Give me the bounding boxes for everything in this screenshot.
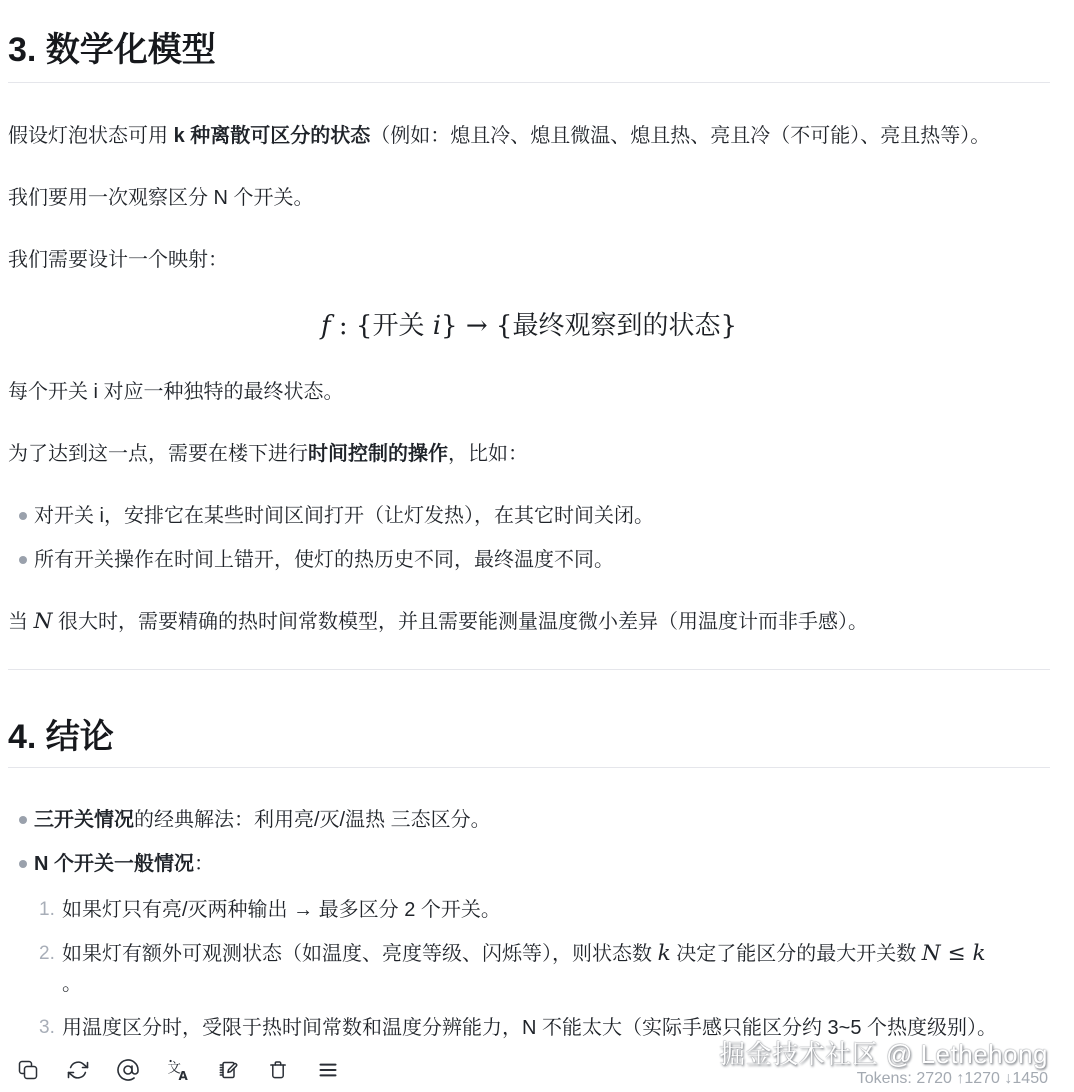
ordered-item: 2.如果灯有额外可观测状态（如温度、亮度等级、闪烁等），则状态数 k 决定了能区… xyxy=(34,939,1050,999)
paragraph-mapping-intro: 我们需要设计一个映射： xyxy=(8,245,1050,275)
ordered-item: 3.用温度区分时，受限于热时间常数和温度分辨能力，N 不能太大（实际手感只能区分… xyxy=(34,1013,1050,1043)
bullet-dot-icon xyxy=(19,556,27,564)
ordered-item-text: 。 xyxy=(62,973,82,995)
bold-text: 三开关情况 xyxy=(34,809,134,831)
math-leq: ≤ xyxy=(941,941,973,966)
math-colon: : xyxy=(331,311,356,341)
bullet-item: 三开关情况的经典解法：利用亮/灭/温热 三态区分。 xyxy=(8,805,1050,835)
bold-text: 时间控制的操作 xyxy=(308,443,448,465)
paragraph-text: （例如：熄且冷、熄且微温、熄且热、亮且冷（不可能）、亮且热等）。 xyxy=(370,125,990,147)
math-set-open: {开关 xyxy=(356,311,433,341)
ordered-item-number: 1. xyxy=(39,895,61,925)
ordered-item-text: 如果灯只有亮/灭两种输出 → 最多区分 2 个开关。 xyxy=(62,899,501,921)
bold-text: N 个开关一般情况 xyxy=(34,853,194,875)
paragraph-unique-state: 每个开关 i 对应一种独特的最终状态。 xyxy=(8,377,1050,407)
svg-text:A: A xyxy=(179,1069,189,1082)
bullet-dot-icon xyxy=(19,512,27,520)
bullet-text: 所有开关操作在时间上错开，使灯的热历史不同，最终温度不同。 xyxy=(34,549,614,571)
ordered-item-text: 如果灯有额外可观测状态（如温度、亮度等级、闪烁等），则状态数 xyxy=(62,943,658,965)
bullet-text: ： xyxy=(194,853,214,875)
ordered-list: 1.如果灯只有亮/灭两种输出 → 最多区分 2 个开关。 2.如果灯有额外可观测… xyxy=(34,895,1050,1043)
paragraph-text: 假设灯泡状态可用 xyxy=(8,125,174,147)
edit-note-icon[interactable] xyxy=(216,1058,240,1082)
math-var-N: N xyxy=(34,609,53,634)
math-var-i: i xyxy=(433,311,441,341)
action-toolbar: 文 A xyxy=(16,1058,340,1082)
ordered-item-number: 2. xyxy=(39,939,61,969)
watermark: 掘金技术社区 @ Lethehong Tokens: 2720 ↑1270 ↓1… xyxy=(719,1039,1048,1088)
bullet-item: N 个开关一般情况： 1.如果灯只有亮/灭两种输出 → 最多区分 2 个开关。 … xyxy=(8,849,1050,1043)
conclusion-list: 三开关情况的经典解法：利用亮/灭/温热 三态区分。 N 个开关一般情况： 1.如… xyxy=(8,805,1050,1043)
section-3-heading: 3. 数学化模型 xyxy=(8,28,1050,83)
menu-icon[interactable] xyxy=(316,1058,340,1082)
watermark-title: 掘金技术社区 @ Lethehong xyxy=(719,1039,1048,1069)
math-var-N: N xyxy=(922,941,941,966)
message-content: 3. 数学化模型 假设灯泡状态可用 k 种离散可区分的状态（例如：熄且冷、熄且微… xyxy=(0,0,1074,1043)
token-stats: Tokens: 2720 ↑1270 ↓1450 xyxy=(719,1069,1048,1088)
ordered-item-text: 决定了能区分的最大开关数 xyxy=(671,943,922,965)
paragraph-text: 为了达到这一点，需要在楼下进行 xyxy=(8,443,308,465)
section-4-heading: 4. 结论 xyxy=(8,715,1050,768)
copy-icon[interactable] xyxy=(16,1058,40,1082)
bullet-item: 所有开关操作在时间上错开，使灯的热历史不同，最终温度不同。 xyxy=(8,545,1050,575)
math-formula: f : {开关 i} → {最终观察到的状态} xyxy=(8,307,1050,345)
bullet-text: 对开关 i，安排它在某些时间区间打开（让灯发热），在其它时间关闭。 xyxy=(34,505,654,527)
math-var-f: f xyxy=(321,311,331,341)
regenerate-icon[interactable] xyxy=(66,1058,90,1082)
paragraph-text: ，比如： xyxy=(448,443,528,465)
bullet-text: 的经典解法：利用亮/灭/温热 三态区分。 xyxy=(134,809,491,831)
math-var-k: k xyxy=(973,941,986,966)
paragraph-text: 当 xyxy=(8,611,34,633)
page-root: { "theme":{ "background":"#ffffff", "tex… xyxy=(0,0,1074,1092)
paragraph-text: 很大时，需要精确的热时间常数模型，并且需要能测量温度微小差异（用温度计而非手感）… xyxy=(52,611,868,633)
bullet-dot-icon xyxy=(19,860,27,868)
bullet-item: 对开关 i，安排它在某些时间区间打开（让灯发热），在其它时间关闭。 xyxy=(8,501,1050,531)
paragraph-assumption: 假设灯泡状态可用 k 种离散可区分的状态（例如：熄且冷、熄且微温、熄且热、亮且冷… xyxy=(8,121,1050,151)
delete-icon[interactable] xyxy=(266,1058,290,1082)
ordered-item-text: 用温度区分时，受限于热时间常数和温度分辨能力，N 不能太大（实际手感只能区分约 … xyxy=(62,1017,997,1039)
math-rest: } → {最终观察到的状态} xyxy=(441,311,737,341)
divider xyxy=(8,669,1050,670)
bold-text: k 种离散可区分的状态 xyxy=(174,125,371,147)
math-var-k: k xyxy=(658,941,671,966)
paragraph-goal: 我们要用一次观察区分 N 个开关。 xyxy=(8,183,1050,213)
ordered-item-number: 3. xyxy=(39,1013,61,1043)
paragraph-time-control: 为了达到这一点，需要在楼下进行时间控制的操作，比如： xyxy=(8,439,1050,469)
translate-icon[interactable]: 文 A xyxy=(166,1058,190,1082)
paragraph-large-n: 当 N 很大时，需要精确的热时间常数模型，并且需要能测量温度微小差异（用温度计而… xyxy=(8,607,1050,637)
mention-icon[interactable] xyxy=(116,1058,140,1082)
bullet-dot-icon xyxy=(19,816,27,824)
bullet-list: 对开关 i，安排它在某些时间区间打开（让灯发热），在其它时间关闭。 所有开关操作… xyxy=(8,501,1050,575)
ordered-item: 1.如果灯只有亮/灭两种输出 → 最多区分 2 个开关。 xyxy=(34,895,1050,925)
